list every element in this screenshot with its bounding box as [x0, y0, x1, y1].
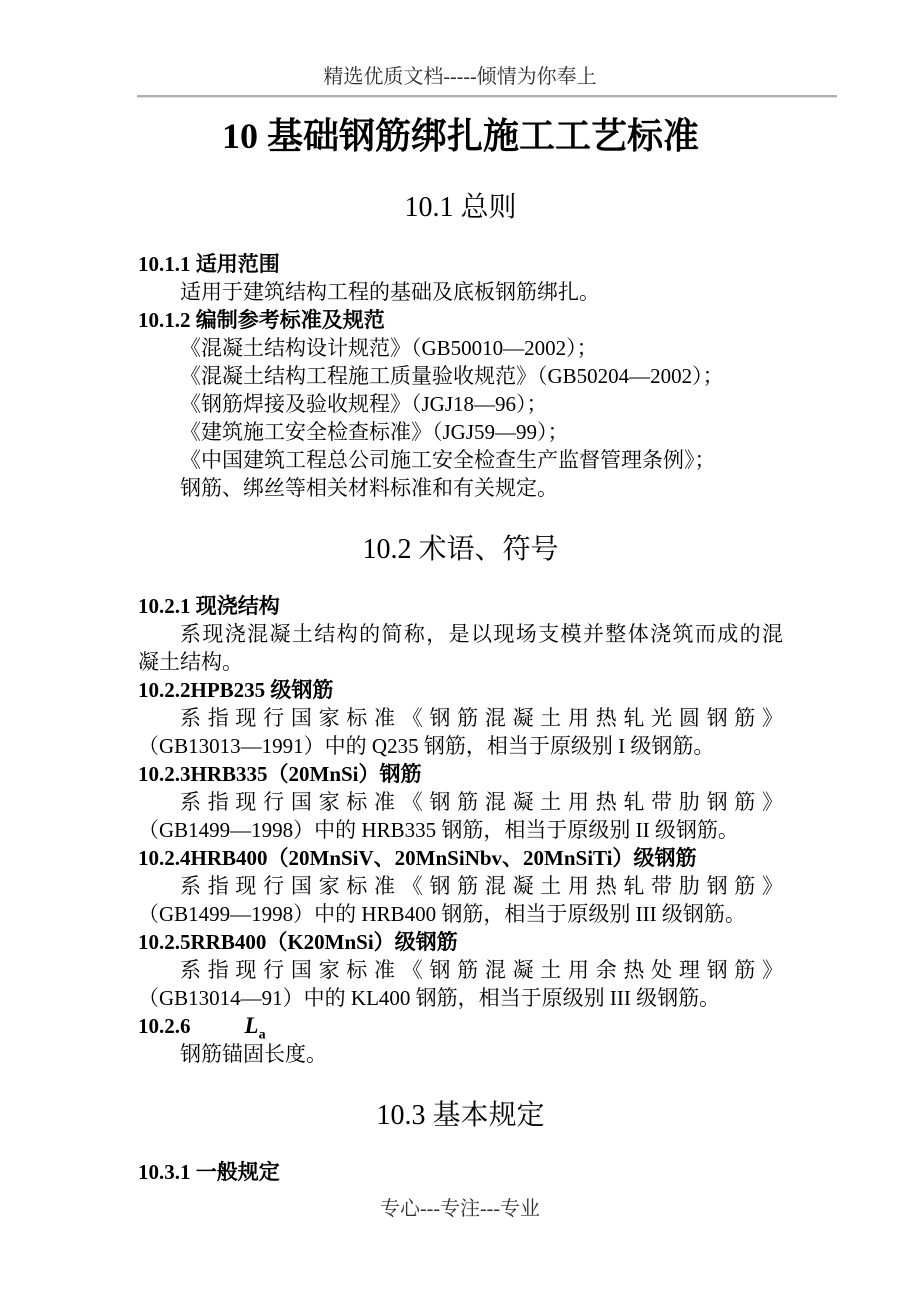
body-line: （GB13014—91）中的 KL400 钢筋，相当于原级别 III 级钢筋。 — [138, 984, 783, 1012]
body-line: 系现浇混凝土结构的简称，是以现场支模并整体浇筑而成的混 — [138, 620, 783, 648]
body-line: 《混凝土结构设计规范》（GB50010—2002）； — [138, 334, 783, 362]
anchorage-length-symbol: La — [245, 1013, 266, 1038]
body-line: 《中国建筑工程总公司施工安全检查生产监督管理条例》； — [138, 446, 783, 474]
heading-number: 10.2.6 — [138, 1014, 191, 1038]
body-line: （GB13013—1991）中的 Q235 钢筋，相当于原级别 I 级钢筋。 — [138, 732, 783, 760]
subsection-heading-formula: 10.2.6La — [138, 1012, 783, 1040]
document-page: 精选优质文档-----倾情为你奉上 10 基础钢筋绑扎施工工艺标准 10.1 总… — [0, 0, 920, 1302]
body-line: 系指现行国家标准《钢筋混凝土用热轧光圆钢筋》 — [138, 704, 783, 732]
body-line: 适用于建筑结构工程的基础及底板钢筋绑扎。 — [138, 278, 783, 306]
subsection-heading: 10.2.2HPB235 级钢筋 — [138, 676, 783, 704]
body-line: 系指现行国家标准《钢筋混凝土用热轧带肋钢筋》 — [138, 788, 783, 816]
body-line: 《混凝土结构工程施工质量验收规范》（GB50204—2002）； — [138, 362, 783, 390]
body-line: 《建筑施工安全检查标准》（JGJ59—99）； — [138, 418, 783, 446]
subsection-heading: 10.2.4HRB400（20MnSiV、20MnSiNbv、20MnSiTi）… — [138, 844, 783, 872]
subsection-heading: 10.2.1 现浇结构 — [138, 592, 783, 620]
body-line: 凝土结构。 — [138, 648, 783, 676]
section-heading: 10.1 总则 — [138, 186, 783, 230]
body-line: 钢筋锚固长度。 — [138, 1040, 783, 1068]
body-line: 系指现行国家标准《钢筋混凝土用热轧带肋钢筋》 — [138, 872, 783, 900]
body-line: （GB1499—1998）中的 HRB335 钢筋，相当于原级别 II 级钢筋。 — [138, 816, 783, 844]
document-title: 10 基础钢筋绑扎施工工艺标准 — [138, 112, 783, 160]
section-heading: 10.3 基本规定 — [138, 1094, 783, 1138]
section-heading: 10.2 术语、符号 — [138, 528, 783, 572]
subsection-heading: 10.1.1 适用范围 — [138, 250, 783, 278]
body-line: 系指现行国家标准《钢筋混凝土用余热处理钢筋》 — [138, 956, 783, 984]
body-line: （GB1499—1998）中的 HRB400 钢筋，相当于原级别 III 级钢筋… — [138, 900, 783, 928]
page-footer-text: 专心---专注---专业 — [0, 1195, 920, 1223]
document-content: 10 基础钢筋绑扎施工工艺标准 10.1 总则10.1.1 适用范围适用于建筑结… — [138, 0, 783, 1186]
subsection-heading: 10.1.2 编制参考标准及规范 — [138, 306, 783, 334]
subsection-heading: 10.2.5RRB400（K20MnSi）级钢筋 — [138, 928, 783, 956]
body-line: 《钢筋焊接及验收规程》（JGJ18—96）； — [138, 390, 783, 418]
body-line: 钢筋、绑丝等相关材料标准和有关规定。 — [138, 474, 783, 502]
subsection-heading: 10.3.1 一般规定 — [138, 1158, 783, 1186]
subsection-heading: 10.2.3HRB335（20MnSi）钢筋 — [138, 760, 783, 788]
